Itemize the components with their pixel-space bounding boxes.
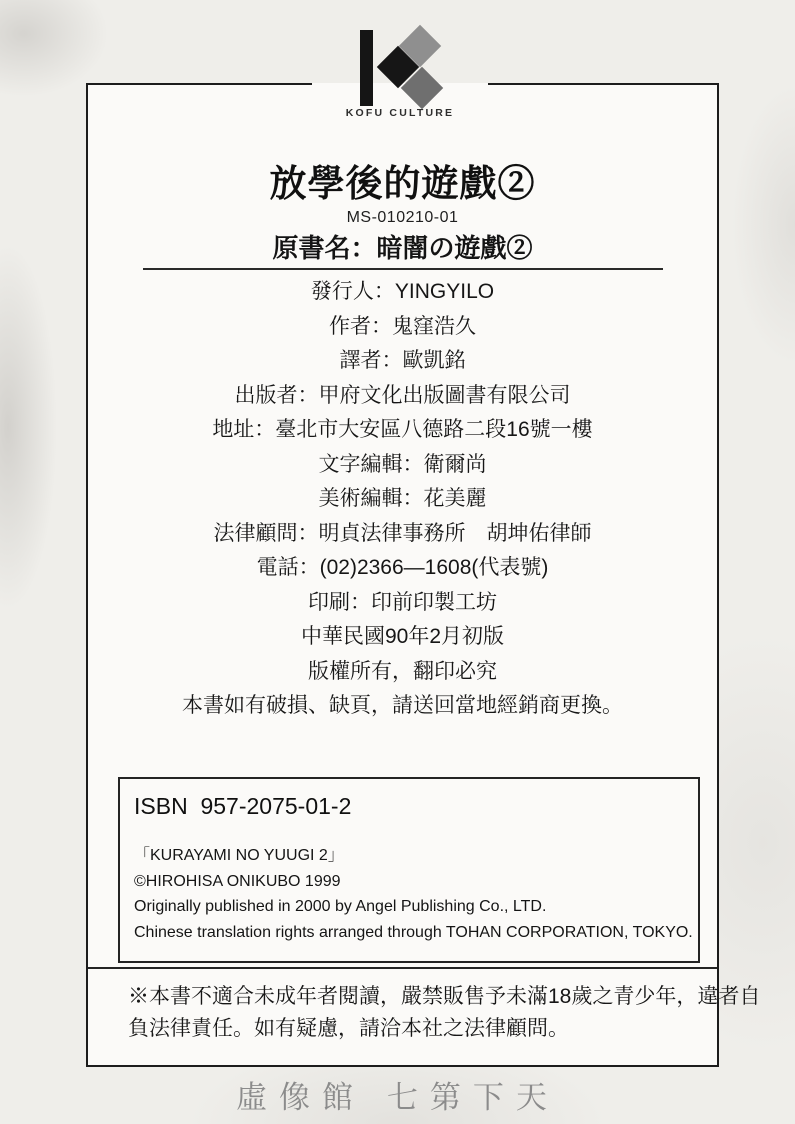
isbn-number: ISBN 957-2075-01-2: [134, 791, 684, 821]
colophon-line-legal-advisor: 法律顧問：明貞法律事務所 胡坤佑律師: [88, 517, 717, 552]
logo-caption: KOFU CULTURE: [312, 107, 488, 119]
book-title: 放學後的遊戲②: [88, 160, 717, 208]
colophon-line-author: 作者：鬼窪浩久: [88, 310, 717, 345]
colophon-line-translator: 譯者：歐凱銘: [88, 344, 717, 379]
colophon: 發行人：YINGYILO 作者：鬼窪浩久 譯者：歐凱銘 出版者：甲府文化出版圖書…: [88, 275, 717, 724]
colophon-line-phone: 電話：(02)2366—1608(代表號): [88, 551, 717, 586]
colophon-line-printer: 印刷：印前印製工坊: [88, 586, 717, 621]
scanlation-watermark: 虛像館 七第下天: [0, 1072, 795, 1117]
warning-line-1: ※本書不適合未成年者閱讀，嚴禁販售予未滿18歲之青少年，違者自: [128, 981, 687, 1013]
kofu-culture-logo: KOFU CULTURE: [312, 14, 488, 120]
original-japanese-title: 「KURAYAMI NO YUUGI 2」: [134, 843, 684, 869]
original-publication-line: Originally published in 2000 by Angel Pu…: [134, 894, 684, 920]
title-separator: [143, 268, 663, 270]
warning-line-2: 負法律責任。如有疑慮，請洽本社之法律顧問。: [128, 1013, 687, 1045]
copyright-line: ©HIROHISA ONIKUBO 1999: [134, 869, 684, 895]
colophon-line-art-editor: 美術編輯：花美麗: [88, 482, 717, 517]
colophon-line-copyright-notice: 版權所有，翻印必究: [88, 655, 717, 690]
title-block: 放學後的遊戲② MS-010210-01 原書名：暗闇の遊戲②: [88, 160, 717, 270]
translation-rights-line: Chinese translation rights arranged thro…: [134, 920, 684, 946]
logo-k-bar: [360, 30, 373, 106]
colophon-page-frame: 放學後的遊戲② MS-010210-01 原書名：暗闇の遊戲② 發行人：YING…: [86, 83, 719, 1067]
colophon-line-publisher: 出版者：甲府文化出版圖書有限公司: [88, 379, 717, 414]
rights-block: 「KURAYAMI NO YUUGI 2」 ©HIROHISA ONIKUBO …: [134, 843, 684, 945]
colophon-line-edition-date: 中華民國90年2月初版: [88, 620, 717, 655]
isbn-box: ISBN 957-2075-01-2 「KURAYAMI NO YUUGI 2」…: [118, 777, 700, 963]
colophon-line-text-editor: 文字編輯：衛爾尚: [88, 448, 717, 483]
age-restriction-warning: ※本書不適合未成年者閱讀，嚴禁販售予未滿18歲之青少年，違者自 負法律責任。如有…: [88, 967, 717, 1065]
catalog-code: MS-010210-01: [88, 208, 717, 228]
colophon-line-damage-notice: 本書如有破損、缺頁，請送回當地經銷商更換。: [88, 689, 717, 724]
colophon-line-publisher-person: 發行人：YINGYILO: [88, 275, 717, 310]
original-title: 原書名：暗闇の遊戲②: [88, 230, 717, 266]
colophon-line-address: 地址：臺北市大安區八德路二段16號一樓: [88, 413, 717, 448]
